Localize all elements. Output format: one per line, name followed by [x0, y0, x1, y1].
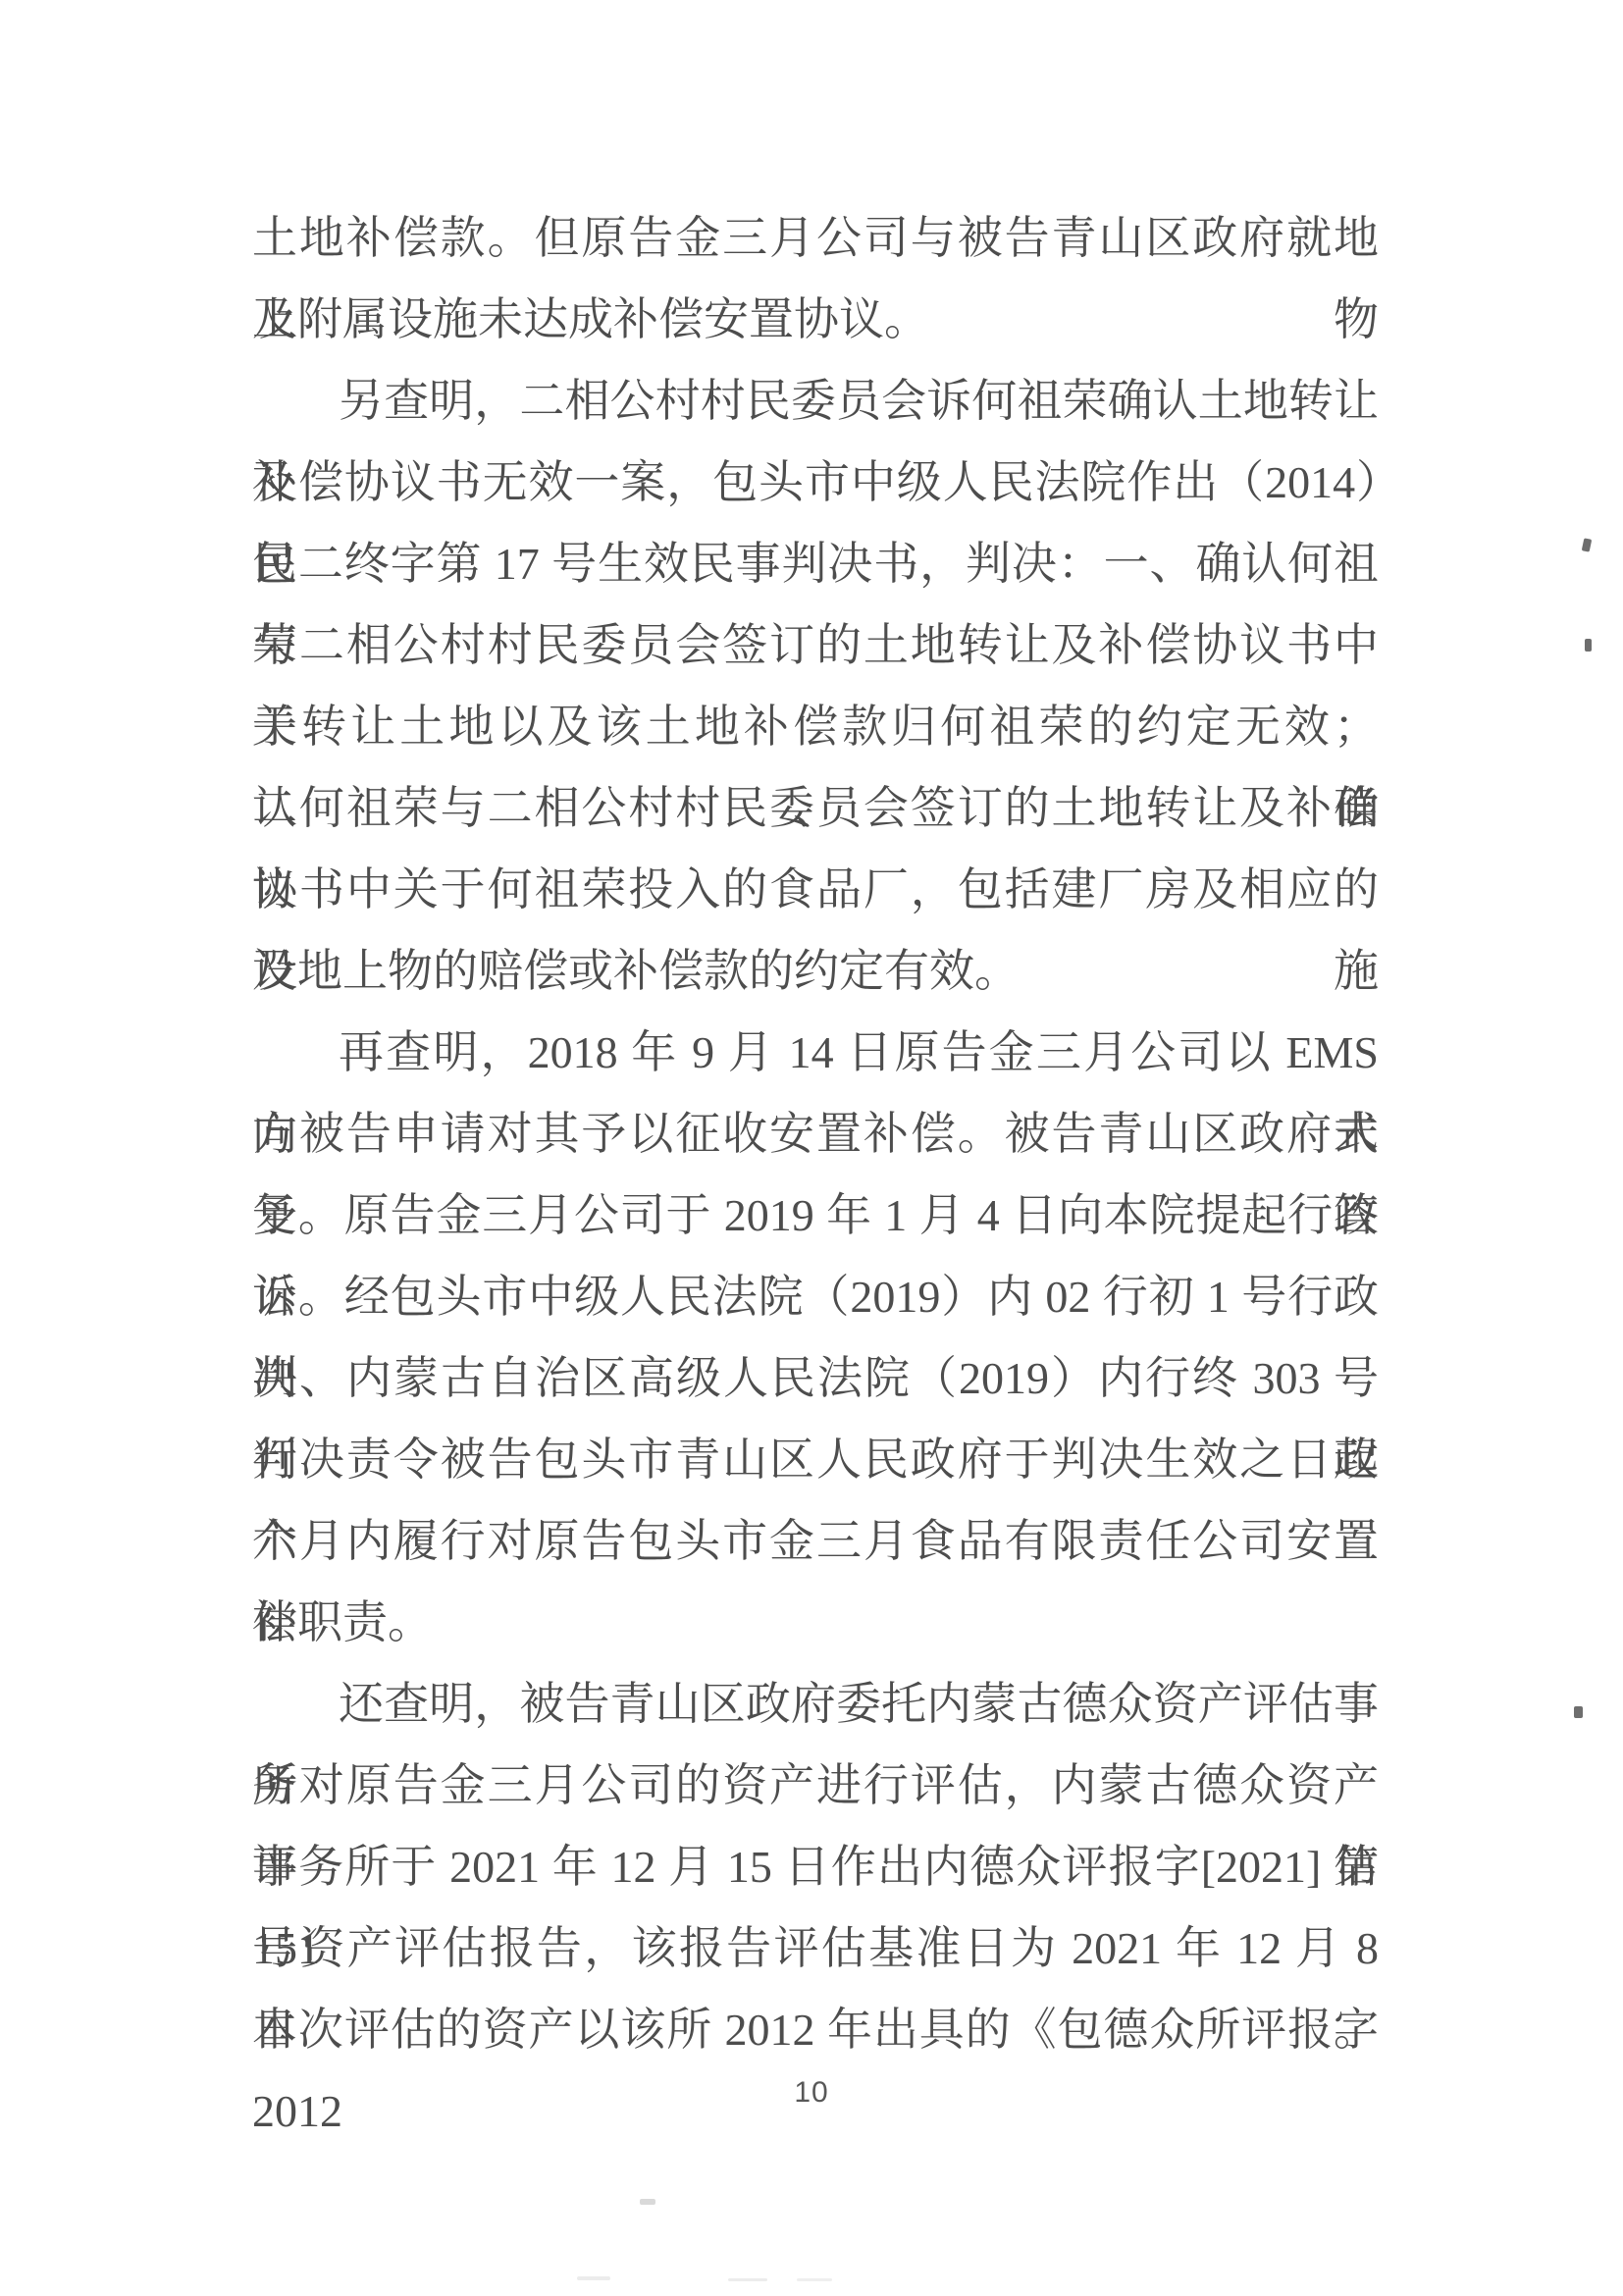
- text-line: 补偿协议书无效一案，包头市中级人民法院作出（2014）包: [252, 442, 1379, 523]
- text-line: 认何祖荣与二相公村村民委员会签订的土地转让及补偿协: [252, 767, 1379, 849]
- text-line: 复。原告金三月公司于 2019 年 1 月 4 日向本院提起行政诉: [252, 1174, 1379, 1256]
- document-body: 土地补偿款。但原告金三月公司与被告青山区政府就地上物及附属设施未达成补偿安置协议…: [252, 197, 1379, 2070]
- page-number-value: 10: [794, 2076, 828, 2109]
- scan-artifact-smudge: [577, 2276, 610, 2280]
- text-line: 土地补偿款。但原告金三月公司与被告青山区政府就地上物: [252, 197, 1379, 279]
- text-line: 个月内履行对原告包头市金三月食品有限责任公司安置补: [252, 1500, 1379, 1582]
- scan-artifact-smudge: [797, 2278, 832, 2281]
- text-line: 本次评估的资产以该所 2012 年出具的《包德众所评报字 2012: [252, 1989, 1379, 2070]
- text-line: 所对原告金三月公司的资产进行评估，内蒙古德众资产评估: [252, 1745, 1379, 1826]
- scan-artifact-speck: [1574, 1706, 1583, 1718]
- text-line: 与二相公村村民委员会签订的土地转让及补偿协议书中关: [252, 604, 1379, 686]
- scan-artifact-speck: [640, 2199, 655, 2205]
- text-line: 事务所于 2021 年 12 月 15 日作出内德众评报字[2021] 第 15…: [252, 1826, 1379, 1907]
- text-line: 决、内蒙古自治区高级人民法院（2019）内行终 303 号行政: [252, 1337, 1379, 1419]
- text-line: 讼。经包头市中级人民法院（2019）内 02 行初 1 号行政判: [252, 1256, 1379, 1337]
- text-line: 民二终字第 17 号生效民事判决书，判决：一、确认何祖荣: [252, 523, 1379, 604]
- text-line: 号资产评估报告，该报告评估基准日为 2021 年 12 月 8 日。: [252, 1907, 1379, 1989]
- text-line: 另查明，二相公村村民委员会诉何祖荣确认土地转让及: [252, 360, 1379, 442]
- text-line: 再查明，2018 年 9 月 14 日原告金三月公司以 EMS 方式: [252, 1012, 1379, 1093]
- text-line: 向被告申请对其予以征收安置补偿。被告青山区政府未予答: [252, 1093, 1379, 1174]
- scan-artifact-speck: [1582, 538, 1593, 551]
- text-line: 于转让土地以及该土地补偿款归何祖荣的约定无效；二、确: [252, 686, 1379, 767]
- text-line: 偿职责。: [252, 1582, 1379, 1663]
- text-line: 议书中关于何祖荣投入的食品厂，包括建厂房及相应的设施: [252, 849, 1379, 930]
- scan-artifact-speck: [1585, 639, 1592, 652]
- text-line: 判决责令被告包头市青山区人民政府于判决生效之日起六: [252, 1419, 1379, 1500]
- text-line: 还查明，被告青山区政府委托内蒙古德众资产评估事务: [252, 1663, 1379, 1745]
- page-number: 10: [0, 2076, 1623, 2110]
- scan-artifact-smudge: [728, 2278, 767, 2281]
- document-page: 土地补偿款。但原告金三月公司与被告青山区政府就地上物及附属设施未达成补偿安置协议…: [0, 0, 1623, 2296]
